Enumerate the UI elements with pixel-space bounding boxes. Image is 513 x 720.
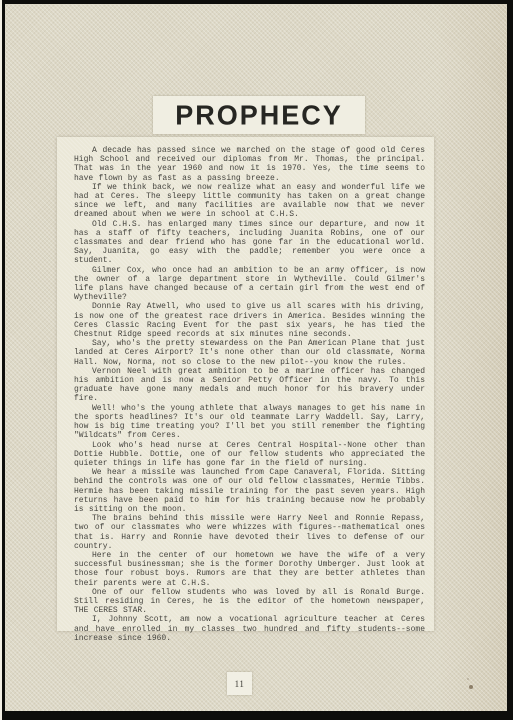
prophecy-paragraph: We hear a missile was launched from Cape… <box>74 468 425 514</box>
prophecy-paragraph: Vernon Neel with great ambition to be a … <box>74 367 425 404</box>
title-label-strip: PROPHECY <box>153 96 365 134</box>
paper-stain <box>469 685 473 689</box>
prophecy-paragraph: One of our fellow students who was loved… <box>74 588 425 616</box>
prophecy-paragraph: Old C.H.S. has enlarged many times since… <box>74 220 425 266</box>
page-number-tab: 11 <box>227 672 252 695</box>
prophecy-paragraph: A decade has passed since we marched on … <box>74 146 425 183</box>
scanned-page-frame: PROPHECY A decade has passed since we ma… <box>0 0 513 720</box>
prophecy-paragraph: Say, who's the pretty stewardess on the … <box>74 339 425 367</box>
prophecy-paragraph: Here in the center of our hometown we ha… <box>74 551 425 588</box>
prophecy-paragraph: Well! who's the young athlete that alway… <box>74 404 425 441</box>
prophecy-paragraph: Gilmer Cox, who once had an ambition to … <box>74 266 425 303</box>
prophecy-paragraph: The brains behind this missile were Harr… <box>74 514 425 551</box>
prophecy-paragraph: I, Johnny Scott, am now a vocational agr… <box>74 615 425 643</box>
page-title: PROPHECY <box>175 99 343 131</box>
prophecy-text-body: A decade has passed since we marched on … <box>74 146 425 643</box>
prophecy-paragraph: Look who's head nurse at Ceres Central H… <box>74 441 425 469</box>
prophecy-text-sheet: A decade has passed since we marched on … <box>57 137 434 631</box>
paper-background: PROPHECY A decade has passed since we ma… <box>5 4 507 711</box>
page-number: 11 <box>235 679 245 689</box>
prophecy-paragraph: If we think back, we now realize what an… <box>74 183 425 220</box>
prophecy-paragraph: Donnie Ray Atwell, who used to give us a… <box>74 302 425 339</box>
